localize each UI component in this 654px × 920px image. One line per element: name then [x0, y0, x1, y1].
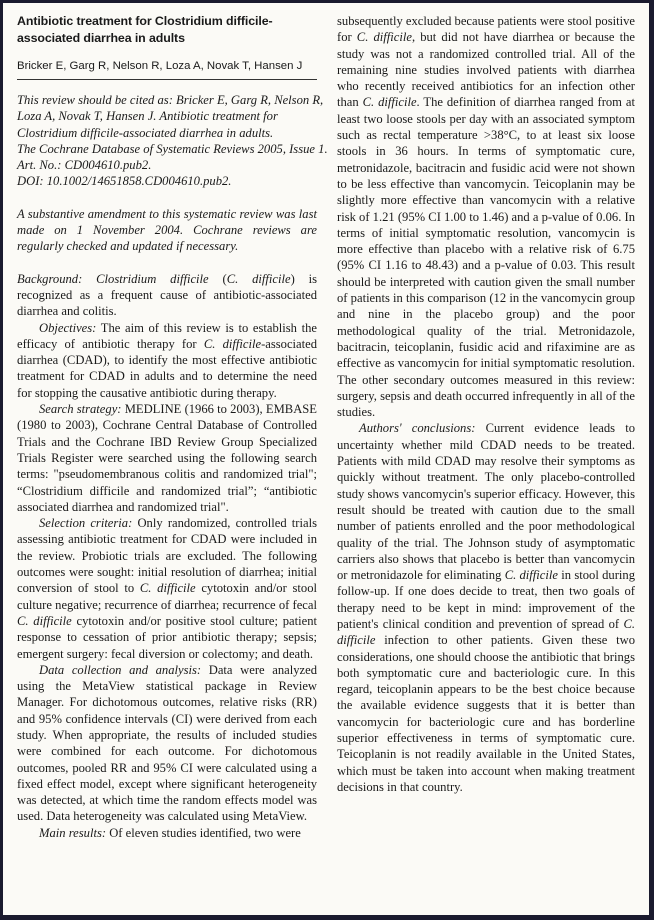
species-name: C. difficile — [17, 614, 72, 628]
right-column: subsequently excluded because patients w… — [337, 13, 635, 795]
citation-line: Clostridium difficile-associated diarrhe… — [17, 125, 317, 141]
citation-line: Loza A, Novak T, Hansen J. Antibiotic tr… — [17, 108, 317, 124]
section-background: Background: Clostridium difficile (C. di… — [17, 271, 317, 320]
species-name: C. difficile — [363, 95, 417, 109]
text-run: Current evidence leads to uncertainty wh… — [337, 421, 635, 582]
citation-line: The Cochrane Database of Systematic Revi… — [17, 141, 317, 157]
species-name: C. difficile — [204, 337, 261, 351]
species-name: C. difficile — [357, 30, 412, 44]
text-run: Data were analyzed using the MetaView st… — [17, 663, 317, 824]
section-label: Search strategy: — [39, 402, 121, 416]
section-label: Main results: — [39, 826, 106, 840]
citation-block: This review should be cited as: Bricker … — [17, 92, 317, 190]
text-run: infection to other patients. Given these… — [337, 633, 635, 794]
section-label: Data collection and analysis: — [39, 663, 201, 677]
section-label: Selection criteria: — [39, 516, 132, 530]
citation-doi: DOI: 10.1002/14651858.CD004610.pub2. — [17, 173, 317, 189]
author-list: Bricker E, Garg R, Nelson R, Loza A, Nov… — [17, 58, 317, 80]
section-authors-conclusions: Authors' conclusions: Current evidence l… — [337, 420, 635, 795]
text-run: ( — [209, 272, 227, 286]
section-main-results-start: Main results: Of eleven studies identifi… — [17, 825, 317, 841]
section-search-strategy: Search strategy: MEDLINE (1966 to 2003),… — [17, 401, 317, 515]
section-data-collection: Data collection and analysis: Data were … — [17, 662, 317, 825]
left-column: Antibiotic treatment for Clostridium dif… — [17, 13, 317, 841]
section-label: Objectives: — [39, 321, 96, 335]
species-name: C. difficile — [140, 581, 196, 595]
paper-page: Antibiotic treatment for Clostridium dif… — [3, 3, 649, 915]
section-label: Background: — [17, 272, 82, 286]
section-main-results-cont: subsequently excluded because patients w… — [337, 13, 635, 420]
section-label: Authors' conclusions: — [359, 421, 475, 435]
species-name: C. difficile — [505, 568, 558, 582]
citation-line: This review should be cited as: Bricker … — [17, 92, 317, 108]
text-run: . The definition of diarrhea ranged from… — [337, 95, 635, 419]
text-run: MEDLINE (1966 to 2003), EMBASE (1980 to … — [17, 402, 317, 514]
amendment-note: A substantive amendment to this systemat… — [17, 206, 317, 255]
section-objectives: Objectives: The aim of this review is to… — [17, 320, 317, 401]
species-name: Clostridium difficile — [96, 272, 209, 286]
text-run: Of eleven studies identified, two were — [106, 826, 301, 840]
citation-line: Art. No.: CD004610.pub2. — [17, 157, 317, 173]
species-name: C. difficile — [227, 272, 291, 286]
article-title: Antibiotic treatment for Clostridium dif… — [17, 13, 317, 47]
section-selection-criteria: Selection criteria: Only randomized, con… — [17, 515, 317, 662]
